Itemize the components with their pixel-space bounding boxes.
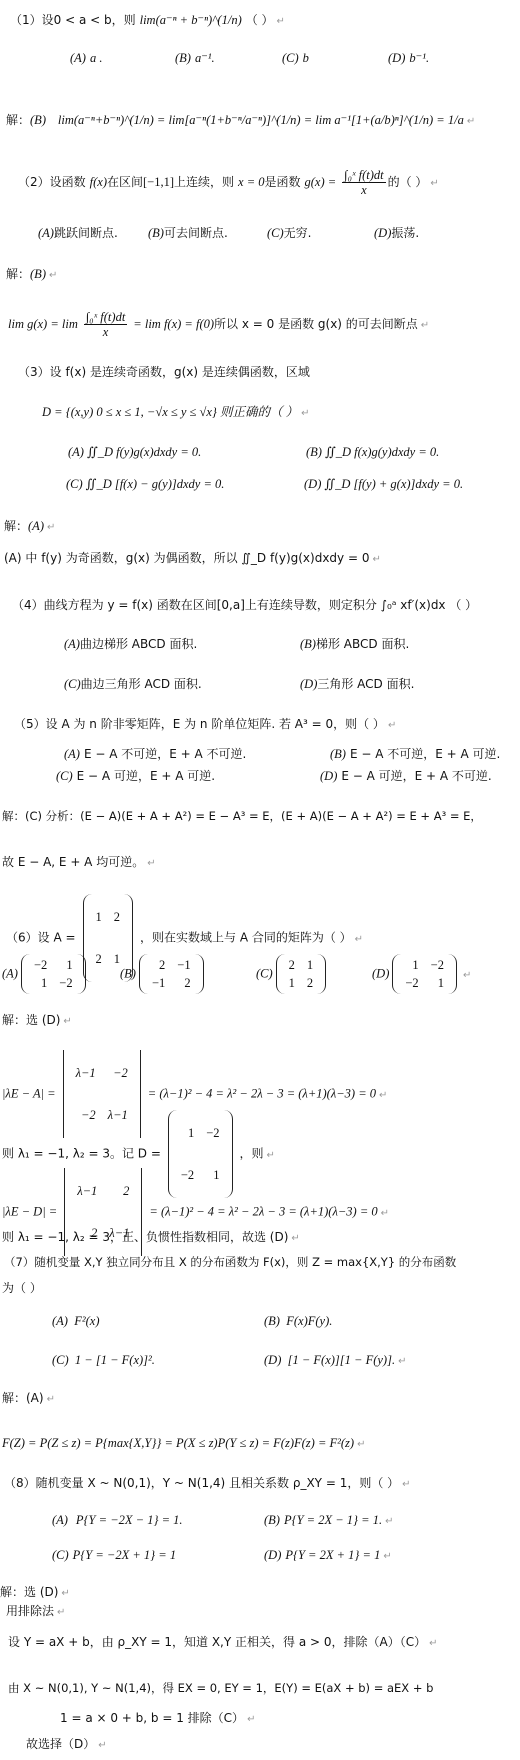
- q8-step-2: 由 X ~ N(0,1), Y ~ N(1,4)，得 EX = 0, EY = …: [8, 1680, 433, 1696]
- q2-option-d: (D)振荡.: [374, 225, 419, 241]
- q2-fraction: ∫₀ˣ f(t)dtx: [342, 168, 385, 197]
- q6-option-d: (D)1−2−21↵: [372, 954, 471, 994]
- q8-answer-line: 解：选 (D)↵: [0, 1584, 70, 1602]
- q8-option-b: (B) P{Y = 2X − 1} = 1.↵: [264, 1512, 394, 1530]
- q6-option-a: (A)−211−2: [2, 954, 89, 994]
- q2-option-b: (B)可去间断点.: [148, 225, 228, 241]
- q8-step-1: 设 Y = aX + b，由 ρ_XY = 1，知道 X,Y 正相关，得 a >…: [8, 1634, 437, 1652]
- q8-stem: （8）随机变量 X ~ N(0,1)，Y ~ N(1,4) 且相关系数 ρ_XY…: [4, 1475, 411, 1493]
- q3-answer: (A): [28, 519, 44, 533]
- q1-stem-expr: lim(a⁻ⁿ + b⁻ⁿ)^(1/n): [140, 13, 242, 27]
- q1-option-b: (B) a⁻¹.: [175, 50, 215, 66]
- q2-stem: （2）设函数 f(x)在区间[−1,1]上连续，则 x = 0是函数 g(x) …: [18, 168, 439, 197]
- q5-option-a: (A) E − A 不可逆，E + A 不可逆.: [64, 746, 246, 762]
- q2-answer: (B): [30, 267, 46, 281]
- q7-option-b: (B) F(x)F(y).: [264, 1313, 332, 1329]
- q7-stem-2: 为（ ）: [2, 1280, 42, 1296]
- q5-option-d: (D) E − A 可逆，E + A 不可逆.: [320, 768, 492, 784]
- q7-solution: F(Z) = P(Z ≤ z) = P{max{X,Y}} = P(X ≤ z)…: [2, 1435, 365, 1453]
- q1-solution: 解：(B) lim(a⁻ⁿ+b⁻ⁿ)^(1/n) = lim[a⁻ⁿ(1+b⁻ⁿ…: [6, 112, 475, 130]
- q5-option-c: (C) E − A 可逆，E + A 可逆.: [56, 768, 215, 784]
- q3-option-c: (C) ∬_D [f(x) − g(y)]dxdy = 0.: [66, 476, 224, 492]
- q6-conclusion: 则 λ₁ = −1, λ₂ = 3，正、负惯性指数相同，故选 (D)↵: [2, 1229, 300, 1247]
- q5-option-b: (B) E − A 不可逆，E + A 可逆.: [330, 746, 500, 762]
- q6-option-b: (B)2−1−12: [120, 954, 207, 994]
- q7-answer-line: 解：(A)↵: [2, 1390, 55, 1408]
- q5-stem: （5）设 A 为 n 阶非零矩阵，E 为 n 阶单位矩阵. 若 A³ = 0，则…: [14, 716, 396, 734]
- q6-option-c: (C)2112: [256, 954, 329, 994]
- q4-option-a: (A)曲边梯形 ABCD 面积.: [64, 636, 197, 652]
- q2-option-a: (A)跳跃间断点.: [38, 225, 118, 241]
- q3-domain: D = {(x,y) 0 ≤ x ≤ 1, −√x ≤ y ≤ √x} 则正确的…: [42, 404, 310, 422]
- q3-stem: （3）设 f(x) 是连续奇函数，g(x) 是连续偶函数，区域: [18, 364, 310, 380]
- q1-answer: (B): [30, 113, 46, 127]
- q5-solution-1: 解：(C) 分析：(E − A)(E + A + A²) = E − A³ = …: [2, 808, 482, 824]
- q7-option-a: (A) F²(x): [52, 1313, 99, 1329]
- q4-option-c: (C)曲边三角形 ACD 面积.: [64, 676, 202, 692]
- q3-option-d: (D) ∬_D [f(y) + g(x)]dxdy = 0.: [304, 476, 463, 492]
- q1-option-a: (A) a .: [70, 50, 102, 66]
- q3-option-b: (B) ∬_D f(x)g(y)dxdy = 0.: [306, 444, 439, 460]
- q7-stem-1: （7）随机变量 X,Y 独立同分布且 X 的分布函数为 F(x)，则 Z = m…: [4, 1254, 456, 1270]
- q7-option-d: (D) [1 − F(x)][1 − F(y)].↵: [264, 1352, 406, 1370]
- q8-option-a: (A) P{Y = −2X − 1} = 1.: [52, 1512, 183, 1528]
- q1-stem-text: 设0 < a < b，则: [42, 13, 136, 27]
- q1-stem: （1）设0 < a < b，则 lim(a⁻ⁿ + b⁻ⁿ)^(1/n) （ ）…: [10, 12, 285, 30]
- q8-option-c: (C) P{Y = −2X + 1} = 1: [52, 1547, 176, 1563]
- q3-answer-line: 解：(A)↵: [4, 518, 55, 536]
- q8-step-3: 1 = a × 0 + b, b = 1 排除（C）↵: [60, 1710, 255, 1728]
- q6-answer-line: 解：选 (D)↵: [2, 1012, 72, 1030]
- paragraph-mark-icon: ↵: [277, 16, 285, 27]
- q2-option-c: (C)无穷.: [267, 225, 312, 241]
- q7-option-c: (C) 1 − [1 − F(x)]².: [52, 1352, 155, 1368]
- q2-solution: lim g(x) = lim ∫₀ˣ f(t)dtx = lim f(x) = …: [8, 310, 429, 339]
- q1-option-d: (D) b⁻¹.: [388, 50, 429, 66]
- q4-option-d: (D)三角形 ACD 面积.: [300, 676, 414, 692]
- q2-answer-line: 解：(B)↵: [6, 266, 57, 284]
- q1-option-c: (C) b: [282, 50, 309, 66]
- q8-step-4: 故选择（D）↵: [26, 1736, 107, 1754]
- q4-stem: （4）曲线方程为 y = f(x) 函数在区间[0,a]上有连续导数，则定积分 …: [12, 597, 477, 613]
- q8-option-d: (D) P{Y = 2X + 1} = 1↵: [264, 1547, 392, 1565]
- q8-method: 用排除法↵: [6, 1603, 65, 1621]
- q5-solution-2: 故 E − A, E + A 均可逆。↵: [2, 854, 156, 872]
- q3-option-a: (A) ∬_D f(y)g(x)dxdy = 0.: [68, 444, 201, 460]
- q3-solution: (A) 中 f(y) 为奇函数，g(x) 为偶函数，所以 ∬_D f(y)g(x…: [4, 550, 381, 568]
- q4-option-b: (B)梯形 ABCD 面积.: [300, 636, 409, 652]
